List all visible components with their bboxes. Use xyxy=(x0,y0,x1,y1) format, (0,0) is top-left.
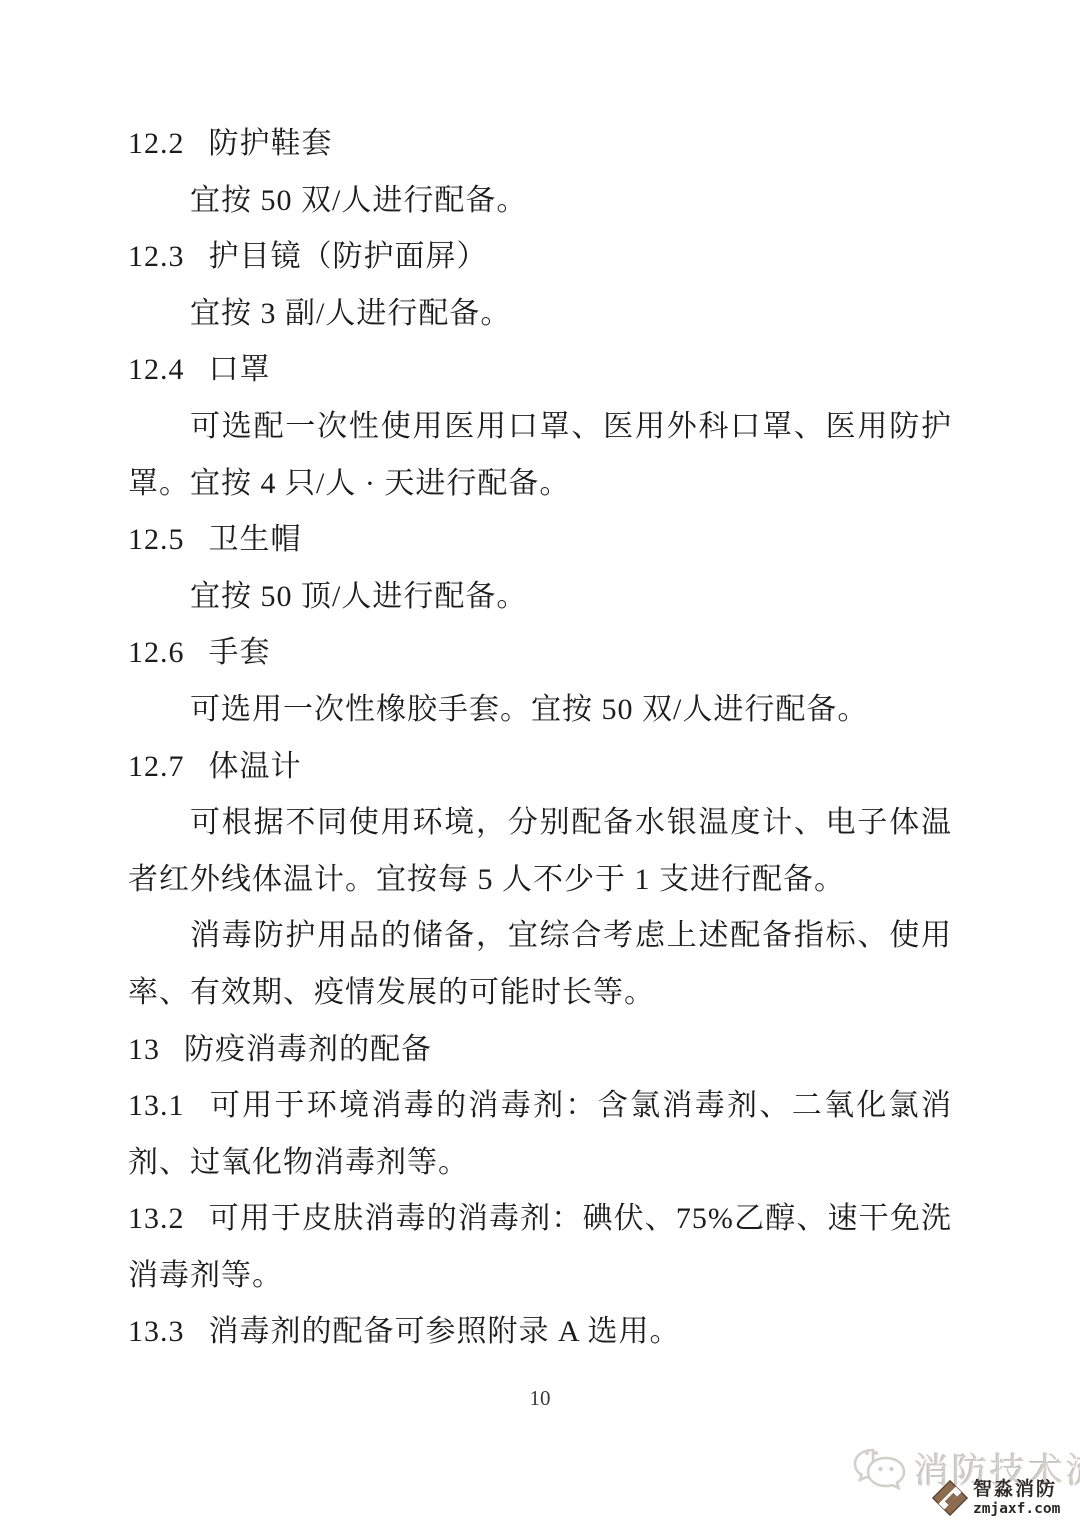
text-line: 消毒防护用品的储备，宜综合考虑上述配备指标、使用频 xyxy=(128,908,952,965)
line-text: 可用于皮肤消毒的消毒剂：碘伏、75%乙醇、速干免洗手 xyxy=(128,1202,952,1248)
section-line: 13.2可用于皮肤消毒的消毒剂：碘伏、75%乙醇、速干免洗手 xyxy=(128,1191,952,1248)
text-line: 可选用一次性橡胶手套。宜按 50 双/人进行配备。 xyxy=(128,682,952,739)
section-number: 12.3 xyxy=(128,229,185,286)
line-text: 宜按 50 顶/人进行配备。 xyxy=(190,580,527,613)
document-lines: 12.2防护鞋套宜按 50 双/人进行配备。12.3护目镜（防护面屏）宜按 3 … xyxy=(128,116,952,1361)
text-line: 率、有效期、疫情发展的可能时长等。 xyxy=(128,965,952,1022)
text-line: 消毒剂等。 xyxy=(128,1248,952,1305)
zhimiao-diamond-logo-icon xyxy=(931,1479,969,1517)
text-line: 剂、过氧化物消毒剂等。 xyxy=(128,1135,952,1192)
section-line: 13.1可用于环境消毒的消毒剂：含氯消毒剂、二氧化氯消毒 xyxy=(128,1078,952,1135)
line-text: 防护鞋套 xyxy=(209,127,333,160)
section-line: 12.5卫生帽 xyxy=(128,512,952,569)
section-line: 12.3护目镜（防护面屏） xyxy=(128,229,952,286)
line-text: 消毒防护用品的储备，宜综合考虑上述配备指标、使用频 xyxy=(190,919,952,965)
section-number: 13.3 xyxy=(128,1304,185,1361)
text-line: 可选配一次性使用医用口罩、医用外科口罩、医用防护口 xyxy=(128,399,952,456)
section-line: 12.2防护鞋套 xyxy=(128,116,952,173)
section-number: 13.2 xyxy=(128,1191,185,1248)
section-number: 12.6 xyxy=(128,625,185,682)
section-line: 12.6手套 xyxy=(128,625,952,682)
line-text: 口罩 xyxy=(209,353,271,386)
text-line: 宜按 3 副/人进行配备。 xyxy=(128,286,952,343)
line-text: 可选配一次性使用医用口罩、医用外科口罩、医用防护口 xyxy=(190,410,952,456)
section-number: 12.7 xyxy=(128,739,185,796)
brand-watermark: 智淼消防 zmjaxf.com xyxy=(931,1479,1060,1517)
line-text: 可选用一次性橡胶手套。宜按 50 双/人进行配备。 xyxy=(190,693,868,726)
section-number: 13.1 xyxy=(128,1078,185,1135)
document-page: 12.2防护鞋套宜按 50 双/人进行配备。12.3护目镜（防护面屏）宜按 3 … xyxy=(0,0,1080,1527)
line-text: 卫生帽 xyxy=(209,523,302,556)
page-number: 10 xyxy=(0,1386,1080,1411)
section-number: 12.4 xyxy=(128,342,185,399)
line-text: 消毒剂等。 xyxy=(128,1259,283,1292)
line-text: 体温计 xyxy=(209,750,302,783)
text-line: 可根据不同使用环境，分别配备水银温度计、电子体温计或 xyxy=(128,795,952,852)
text-line: 宜按 50 双/人进行配备。 xyxy=(128,173,952,230)
text-line: 者红外线体温计。宜按每 5 人不少于 1 支进行配备。 xyxy=(128,852,952,909)
line-text: 者红外线体温计。宜按每 5 人不少于 1 支进行配备。 xyxy=(128,863,845,896)
section-number: 12.2 xyxy=(128,116,185,173)
brand-url: zmjaxf.com xyxy=(973,1501,1060,1517)
section-number: 13 xyxy=(128,1022,160,1079)
line-text: 手套 xyxy=(209,636,271,669)
section-number: 12.5 xyxy=(128,512,185,569)
line-text: 宜按 3 副/人进行配备。 xyxy=(190,297,511,330)
line-text: 消毒剂的配备可参照附录 A 选用。 xyxy=(209,1315,681,1348)
line-text: 率、有效期、疫情发展的可能时长等。 xyxy=(128,976,655,1009)
line-text: 护目镜（防护面屏） xyxy=(209,240,488,273)
text-line: 宜按 50 顶/人进行配备。 xyxy=(128,569,952,626)
line-text: 防疫消毒剂的配备 xyxy=(184,1033,432,1066)
section-line: 12.7体温计 xyxy=(128,739,952,796)
wechat-chat-bubbles-icon xyxy=(852,1446,908,1492)
text-line: 罩。宜按 4 只/人 · 天进行配备。 xyxy=(128,456,952,513)
line-text: 罩。宜按 4 只/人 · 天进行配备。 xyxy=(128,467,570,500)
line-text: 宜按 50 双/人进行配备。 xyxy=(190,184,527,217)
line-text: 剂、过氧化物消毒剂等。 xyxy=(128,1146,469,1179)
section-line: 13.3消毒剂的配备可参照附录 A 选用。 xyxy=(128,1304,952,1361)
section-line: 12.4口罩 xyxy=(128,342,952,399)
line-text: 可根据不同使用环境，分别配备水银温度计、电子体温计或 xyxy=(190,806,952,852)
section-line: 13防疫消毒剂的配备 xyxy=(128,1022,952,1079)
brand-name: 智淼消防 xyxy=(973,1479,1060,1501)
line-text: 可用于环境消毒的消毒剂：含氯消毒剂、二氧化氯消毒 xyxy=(128,1089,952,1135)
